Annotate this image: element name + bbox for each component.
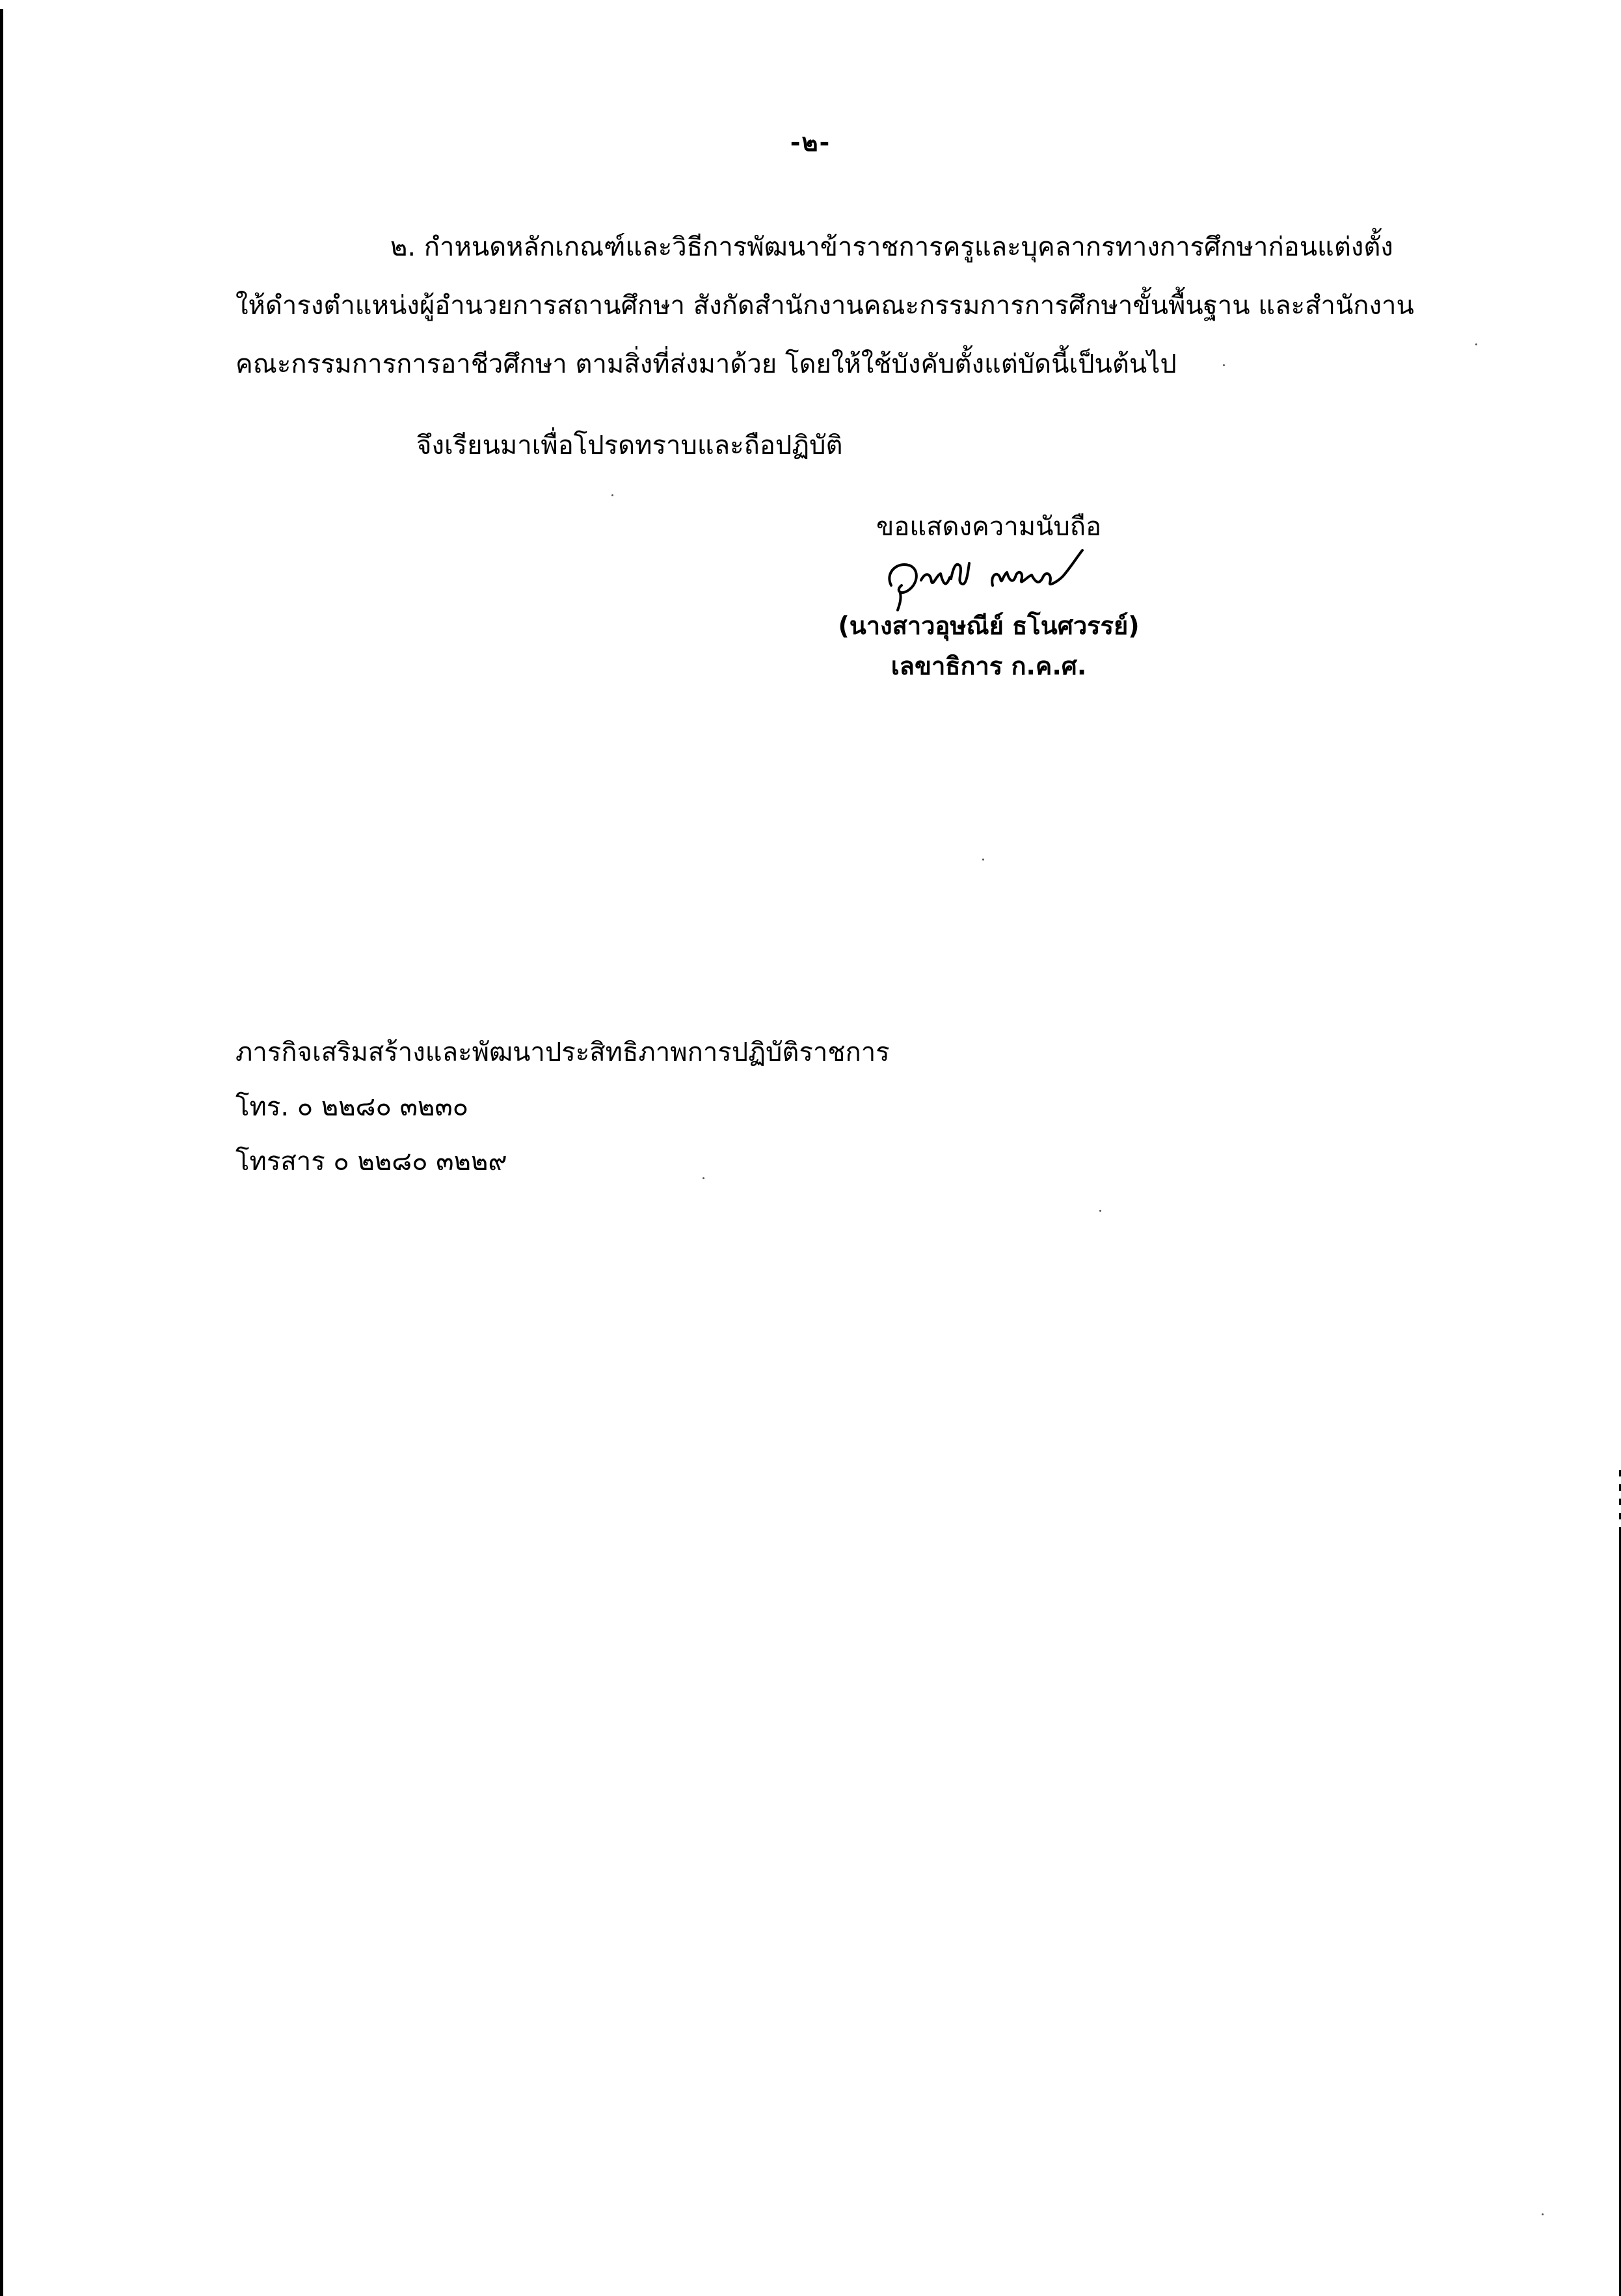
scan-speck — [982, 859, 984, 861]
fax-number: โทรสาร ๐ ๒๒๘๐ ๓๒๒๙ — [235, 1149, 890, 1175]
department-name: ภารกิจเสริมสร้างและพัฒนาประสิทธิภาพการปฏ… — [235, 1039, 890, 1065]
handwritten-signature-icon — [833, 546, 1145, 611]
paragraph-line: คณะกรรมการการอาชีวศึกษา ตามสิ่งที่ส่งมาด… — [235, 351, 1177, 377]
signer-title: เลขาธิการ ก.ค.ศ. — [833, 653, 1145, 679]
signature-block: ขอแสดงความนับถือ (นางสาวอุษณีย์ ธโนศวรรย… — [833, 514, 1145, 679]
scan-speck — [1099, 1210, 1101, 1212]
signer-name: (นางสาวอุษณีย์ ธโนศวรรย์) — [833, 613, 1145, 639]
scan-speck — [703, 1177, 704, 1179]
scan-speck — [611, 494, 613, 496]
scan-speck — [1475, 343, 1477, 345]
phone-number: โทร. ๐ ๒๒๘๐ ๓๒๓๐ — [235, 1094, 890, 1120]
page-number: -๒- — [0, 122, 1621, 162]
scan-speck — [1542, 2213, 1544, 2215]
sign-off: ขอแสดงความนับถือ — [833, 514, 1145, 540]
closing-statement: จึงเรียนมาเพื่อโปรดทราบและถือปฏิบัติ — [416, 433, 842, 459]
contact-block: ภารกิจเสริมสร้างและพัฒนาประสิทธิภาพการปฏ… — [235, 1039, 890, 1203]
paragraph-line: ๒. กำหนดหลักเกณฑ์และวิธีการพัฒนาข้าราชกา… — [390, 234, 1393, 260]
scan-edge-left — [0, 9, 3, 2296]
scan-speck — [1223, 364, 1225, 366]
paragraph-line: ให้ดำรงตำแหน่งผู้อำนวยการสถานศึกษา สังกั… — [235, 293, 1414, 319]
